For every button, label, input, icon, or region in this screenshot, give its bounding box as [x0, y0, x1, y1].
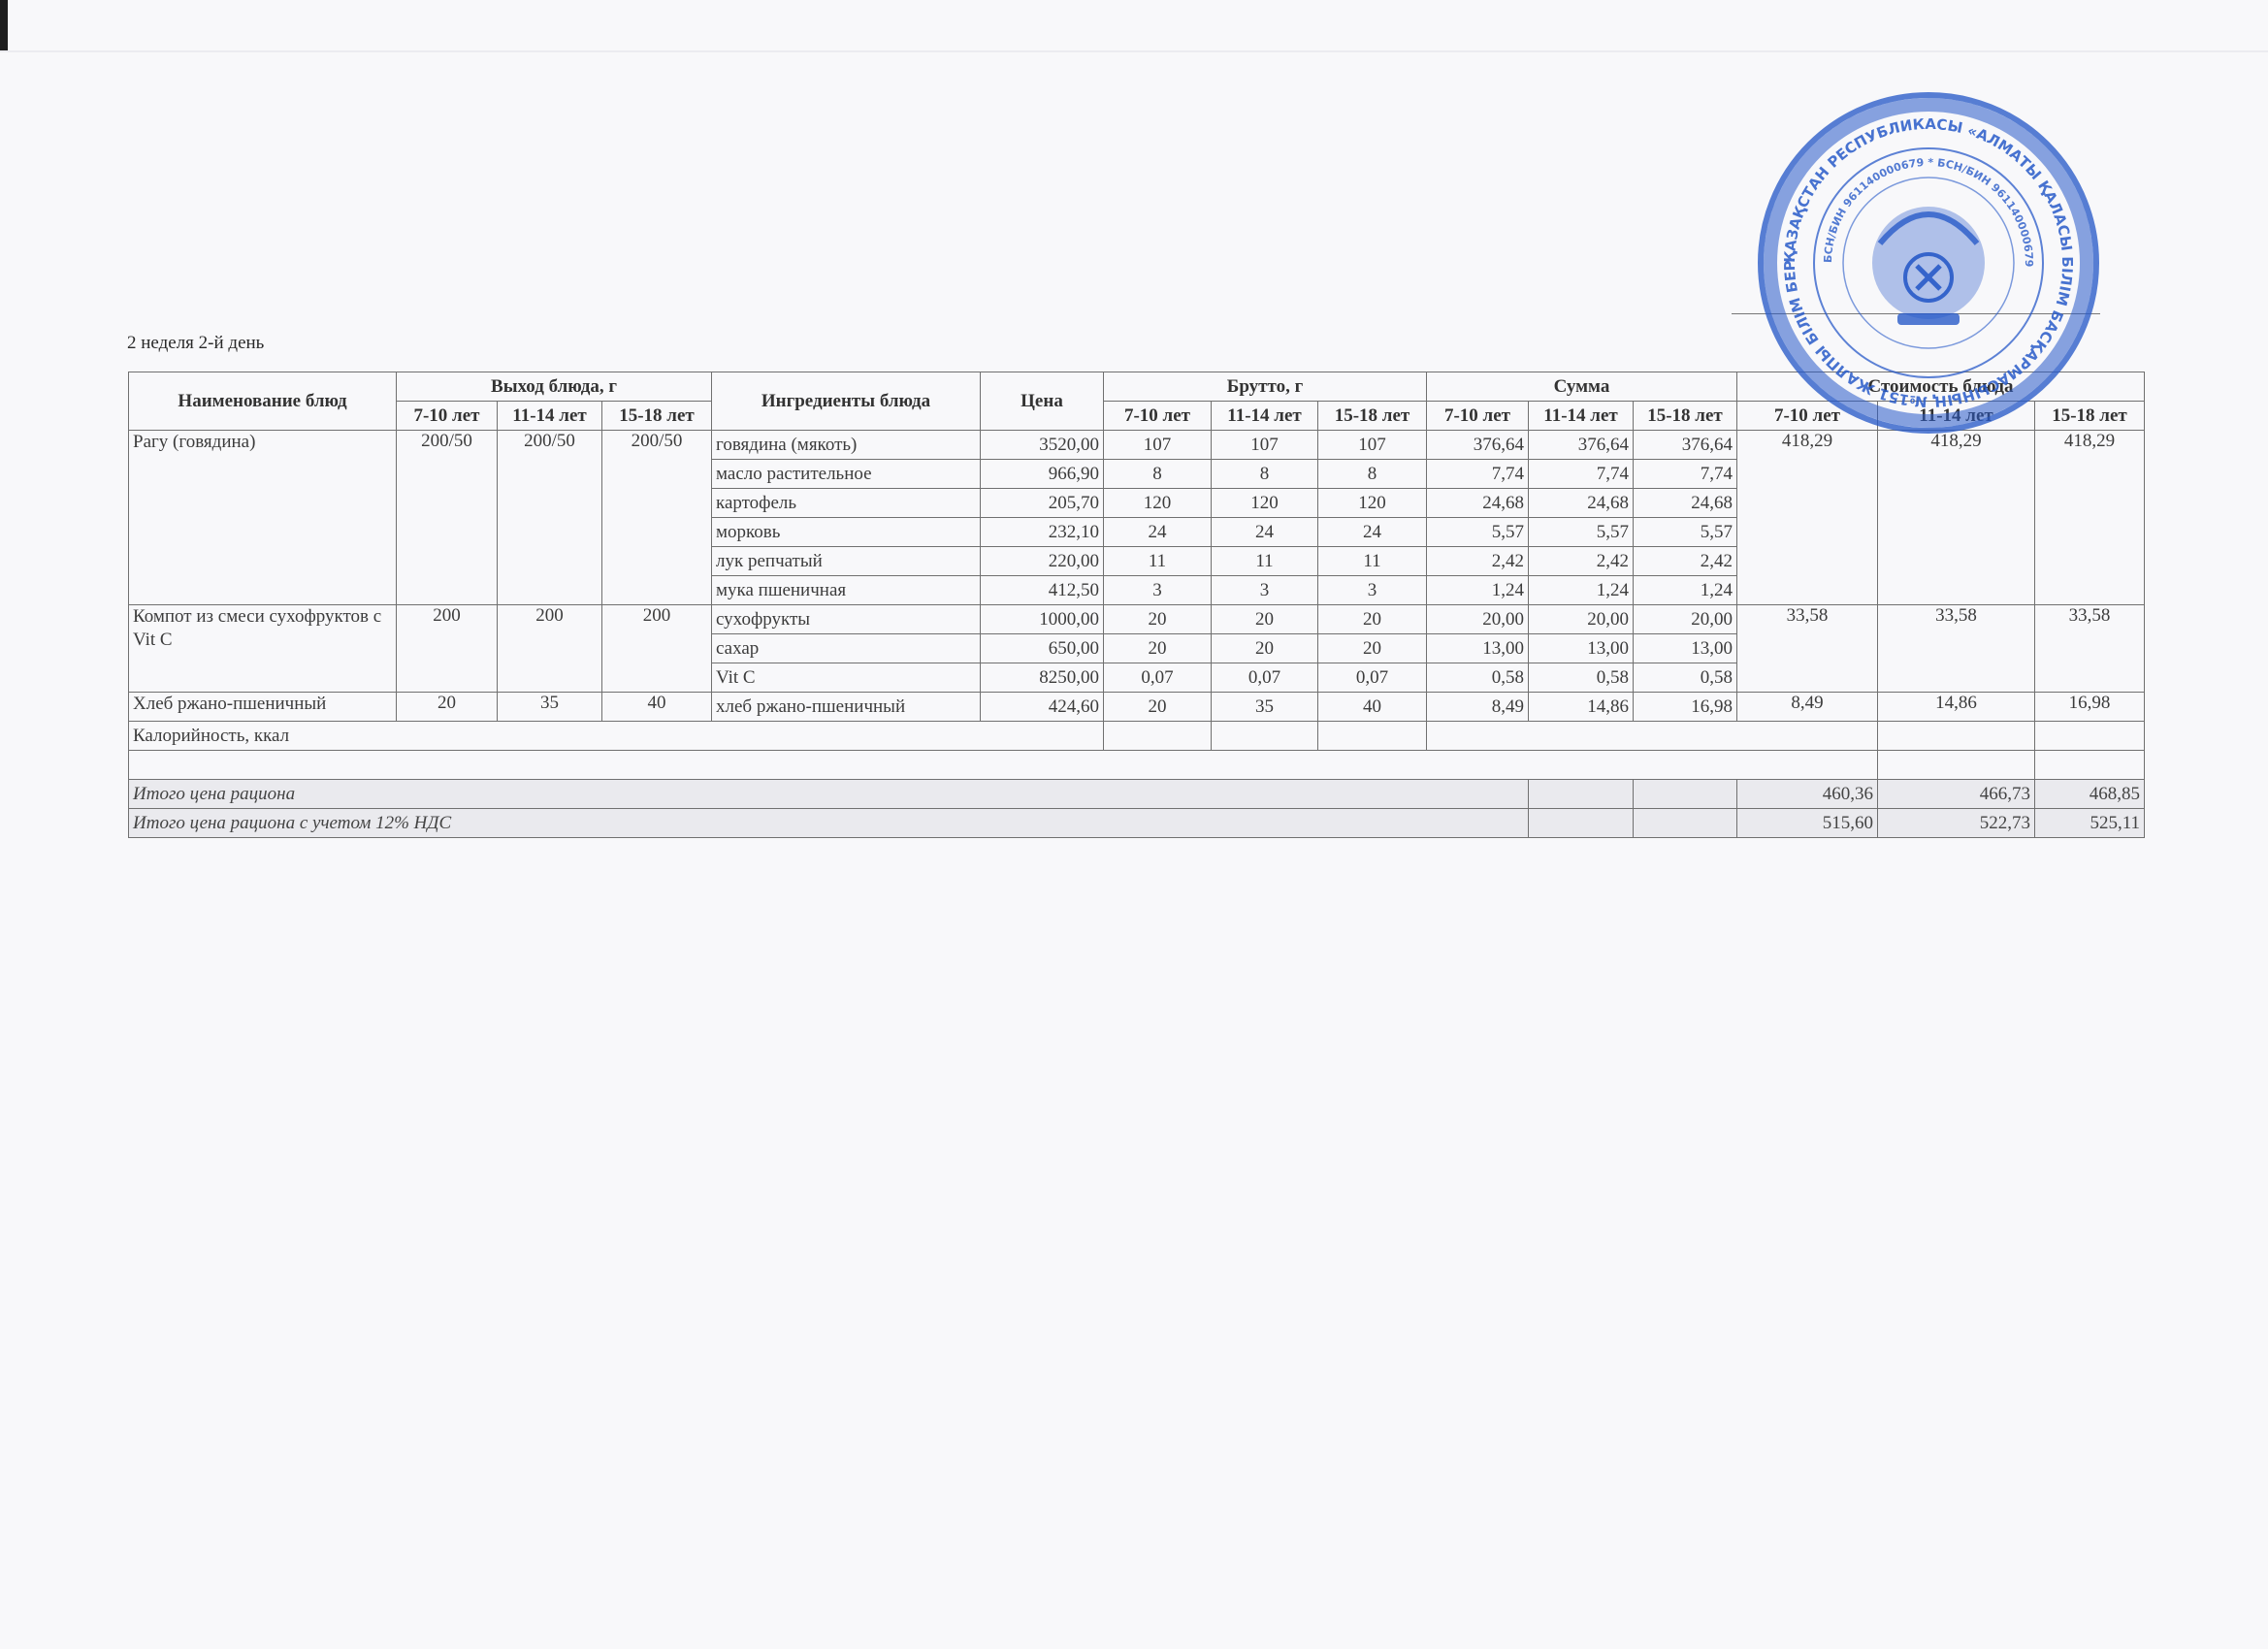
dish-cost: 418,29	[1737, 431, 1878, 605]
ingredient-price: 8250,00	[981, 663, 1104, 693]
ingredient-price: 966,90	[981, 460, 1104, 489]
calories-sum-cell	[1427, 722, 1878, 751]
ingredient-sum: 2,42	[1529, 547, 1634, 576]
total-value: 468,85	[2035, 780, 2145, 809]
total-row: Итого цена рациона460,36466,73468,85	[129, 780, 2145, 809]
ingredient-sum: 13,00	[1427, 634, 1529, 663]
ingredient-name: картофель	[712, 489, 981, 518]
ingredient-sum: 5,57	[1529, 518, 1634, 547]
scan-fold-line	[0, 50, 2268, 52]
ingredient-sum: 20,00	[1529, 605, 1634, 634]
ingredient-price: 650,00	[981, 634, 1104, 663]
dish-yield: 200	[397, 605, 498, 693]
ingredient-sum: 24,68	[1427, 489, 1529, 518]
ingredient-sum: 20,00	[1427, 605, 1529, 634]
header-sum-age-2: 11-14 лет	[1529, 402, 1634, 431]
ingredient-brutto: 11	[1212, 547, 1318, 576]
calories-cost-cell	[2035, 722, 2145, 751]
total-label: Итого цена рациона с учетом 12% НДС	[129, 809, 1529, 838]
header-price: Цена	[981, 372, 1104, 431]
page-subtitle: 2 неделя 2-й день	[127, 333, 264, 354]
ingredient-price: 1000,00	[981, 605, 1104, 634]
ingredient-sum: 14,86	[1529, 693, 1634, 722]
dish-yield: 200/50	[498, 431, 602, 605]
total-empty-cell	[1634, 809, 1737, 838]
ingredient-sum: 0,58	[1427, 663, 1529, 693]
stamp-emblem-icon: ҚАЗАҚСТАН РЕСПУБЛИКАСЫ «АЛМАТЫ ҚАЛАСЫ БІ…	[1764, 98, 2093, 428]
blank-cell	[1878, 751, 2035, 780]
total-empty-cell	[1634, 780, 1737, 809]
ingredient-price: 232,10	[981, 518, 1104, 547]
ingredient-brutto: 120	[1104, 489, 1212, 518]
dish-cost: 8,49	[1737, 693, 1878, 722]
ingredient-sum: 1,24	[1634, 576, 1737, 605]
ingredient-brutto: 24	[1104, 518, 1212, 547]
ingredient-brutto: 20	[1104, 605, 1212, 634]
ingredient-name: масло растительное	[712, 460, 981, 489]
ingredient-brutto: 20	[1104, 693, 1212, 722]
dish-cost: 33,58	[2035, 605, 2145, 693]
header-ingredients: Ингредиенты блюда	[712, 372, 981, 431]
ingredient-brutto: 35	[1212, 693, 1318, 722]
total-value: 525,11	[2035, 809, 2145, 838]
header-brutto-age-2: 11-14 лет	[1212, 402, 1318, 431]
dish-name: Рагу (говядина)	[129, 431, 397, 605]
ingredient-brutto: 0,07	[1212, 663, 1318, 693]
header-yield-age-1: 7-10 лет	[397, 402, 498, 431]
ingredient-sum: 0,58	[1529, 663, 1634, 693]
ingredient-price: 412,50	[981, 576, 1104, 605]
ingredient-name: морковь	[712, 518, 981, 547]
ingredient-sum: 1,24	[1427, 576, 1529, 605]
dish-name: Компот из смеси сухофруктов с Vit C	[129, 605, 397, 693]
table-row: Компот из смеси сухофруктов с Vit C20020…	[129, 605, 2145, 634]
calories-label: Калорийность, ккал	[129, 722, 1104, 751]
calories-row: Калорийность, ккал	[129, 722, 2145, 751]
total-row: Итого цена рациона с учетом 12% НДС515,6…	[129, 809, 2145, 838]
ingredient-brutto: 8	[1104, 460, 1212, 489]
ingredient-brutto: 24	[1212, 518, 1318, 547]
calories-cost-cell	[1878, 722, 2035, 751]
dish-yield: 200	[498, 605, 602, 693]
dish-yield: 35	[498, 693, 602, 722]
ingredient-name: лук репчатый	[712, 547, 981, 576]
ingredient-brutto: 107	[1318, 431, 1427, 460]
dish-yield: 200	[602, 605, 712, 693]
ingredient-sum: 376,64	[1529, 431, 1634, 460]
ingredient-brutto: 11	[1104, 547, 1212, 576]
dish-yield: 20	[397, 693, 498, 722]
ingredient-brutto: 120	[1318, 489, 1427, 518]
ingredient-name: сахар	[712, 634, 981, 663]
ingredient-brutto: 107	[1104, 431, 1212, 460]
blank-cell	[129, 751, 1878, 780]
total-value: 515,60	[1737, 809, 1878, 838]
ingredient-sum: 376,64	[1427, 431, 1529, 460]
ingredient-sum: 5,57	[1427, 518, 1529, 547]
dish-cost: 33,58	[1737, 605, 1878, 693]
ingredient-sum: 16,98	[1634, 693, 1737, 722]
ingredient-sum: 8,49	[1427, 693, 1529, 722]
dish-cost: 16,98	[2035, 693, 2145, 722]
ingredient-sum: 24,68	[1634, 489, 1737, 518]
ingredient-sum: 7,74	[1634, 460, 1737, 489]
ingredient-price: 205,70	[981, 489, 1104, 518]
calories-brutto-cell	[1318, 722, 1427, 751]
ingredient-brutto: 8	[1318, 460, 1427, 489]
ingredient-sum: 13,00	[1634, 634, 1737, 663]
blank-row	[129, 751, 2145, 780]
dish-cost: 418,29	[1878, 431, 2035, 605]
total-value: 460,36	[1737, 780, 1878, 809]
scan-edge	[0, 0, 8, 50]
total-empty-cell	[1529, 809, 1634, 838]
ingredient-sum: 13,00	[1529, 634, 1634, 663]
header-dish-name: Наименование блюд	[129, 372, 397, 431]
ingredient-sum: 24,68	[1529, 489, 1634, 518]
dish-cost: 14,86	[1878, 693, 2035, 722]
ingredient-brutto: 20	[1104, 634, 1212, 663]
ingredient-brutto: 0,07	[1318, 663, 1427, 693]
calories-brutto-cell	[1212, 722, 1318, 751]
ingredient-name: хлеб ржано-пшеничный	[712, 693, 981, 722]
ingredient-brutto: 3	[1318, 576, 1427, 605]
ingredient-brutto: 20	[1212, 605, 1318, 634]
menu-cost-table: Наименование блюд Выход блюда, г Ингреди…	[128, 372, 2145, 838]
calories-brutto-cell	[1104, 722, 1212, 751]
header-yield-age-2: 11-14 лет	[498, 402, 602, 431]
ingredient-brutto: 8	[1212, 460, 1318, 489]
dish-name: Хлеб ржано-пшеничный	[129, 693, 397, 722]
ingredient-brutto: 20	[1212, 634, 1318, 663]
ingredient-price: 424,60	[981, 693, 1104, 722]
official-stamp: ҚАЗАҚСТАН РЕСПУБЛИКАСЫ «АЛМАТЫ ҚАЛАСЫ БІ…	[1758, 92, 2099, 434]
table-row: Рагу (говядина)200/50200/50200/50говядин…	[129, 431, 2145, 460]
blank-cell	[2035, 751, 2145, 780]
header-brutto-age-3: 15-18 лет	[1318, 402, 1427, 431]
ingredient-name: мука пшеничная	[712, 576, 981, 605]
ingredient-sum: 20,00	[1634, 605, 1737, 634]
total-value: 466,73	[1878, 780, 2035, 809]
header-brutto: Брутто, г	[1104, 372, 1427, 402]
header-sum: Сумма	[1427, 372, 1737, 402]
ingredient-name: говядина (мякоть)	[712, 431, 981, 460]
ingredient-sum: 7,74	[1529, 460, 1634, 489]
ingredient-brutto: 3	[1212, 576, 1318, 605]
ingredient-sum: 5,57	[1634, 518, 1737, 547]
ingredient-brutto: 107	[1212, 431, 1318, 460]
dish-cost: 33,58	[1878, 605, 2035, 693]
dish-yield: 40	[602, 693, 712, 722]
ingredient-brutto: 11	[1318, 547, 1427, 576]
ingredient-brutto: 20	[1318, 605, 1427, 634]
total-empty-cell	[1529, 780, 1634, 809]
header-sum-age-3: 15-18 лет	[1634, 402, 1737, 431]
ingredient-name: сухофрукты	[712, 605, 981, 634]
total-label: Итого цена рациона	[129, 780, 1529, 809]
header-sum-age-1: 7-10 лет	[1427, 402, 1529, 431]
ingredient-sum: 2,42	[1427, 547, 1529, 576]
ingredient-sum: 2,42	[1634, 547, 1737, 576]
dish-yield: 200/50	[602, 431, 712, 605]
dish-cost: 418,29	[2035, 431, 2145, 605]
ingredient-brutto: 20	[1318, 634, 1427, 663]
table-row: Хлеб ржано-пшеничный203540хлеб ржано-пше…	[129, 693, 2145, 722]
ingredient-brutto: 120	[1212, 489, 1318, 518]
ingredient-sum: 0,58	[1634, 663, 1737, 693]
header-yield-age-3: 15-18 лет	[602, 402, 712, 431]
ingredient-sum: 376,64	[1634, 431, 1737, 460]
header-yield: Выход блюда, г	[397, 372, 712, 402]
header-brutto-age-1: 7-10 лет	[1104, 402, 1212, 431]
ingredient-sum: 7,74	[1427, 460, 1529, 489]
ingredient-sum: 1,24	[1529, 576, 1634, 605]
ingredient-brutto: 0,07	[1104, 663, 1212, 693]
ingredient-brutto: 3	[1104, 576, 1212, 605]
ingredient-price: 3520,00	[981, 431, 1104, 460]
ingredient-brutto: 24	[1318, 518, 1427, 547]
ingredient-brutto: 40	[1318, 693, 1427, 722]
ingredient-name: Vit C	[712, 663, 981, 693]
total-value: 522,73	[1878, 809, 2035, 838]
dish-yield: 200/50	[397, 431, 498, 605]
ingredient-price: 220,00	[981, 547, 1104, 576]
